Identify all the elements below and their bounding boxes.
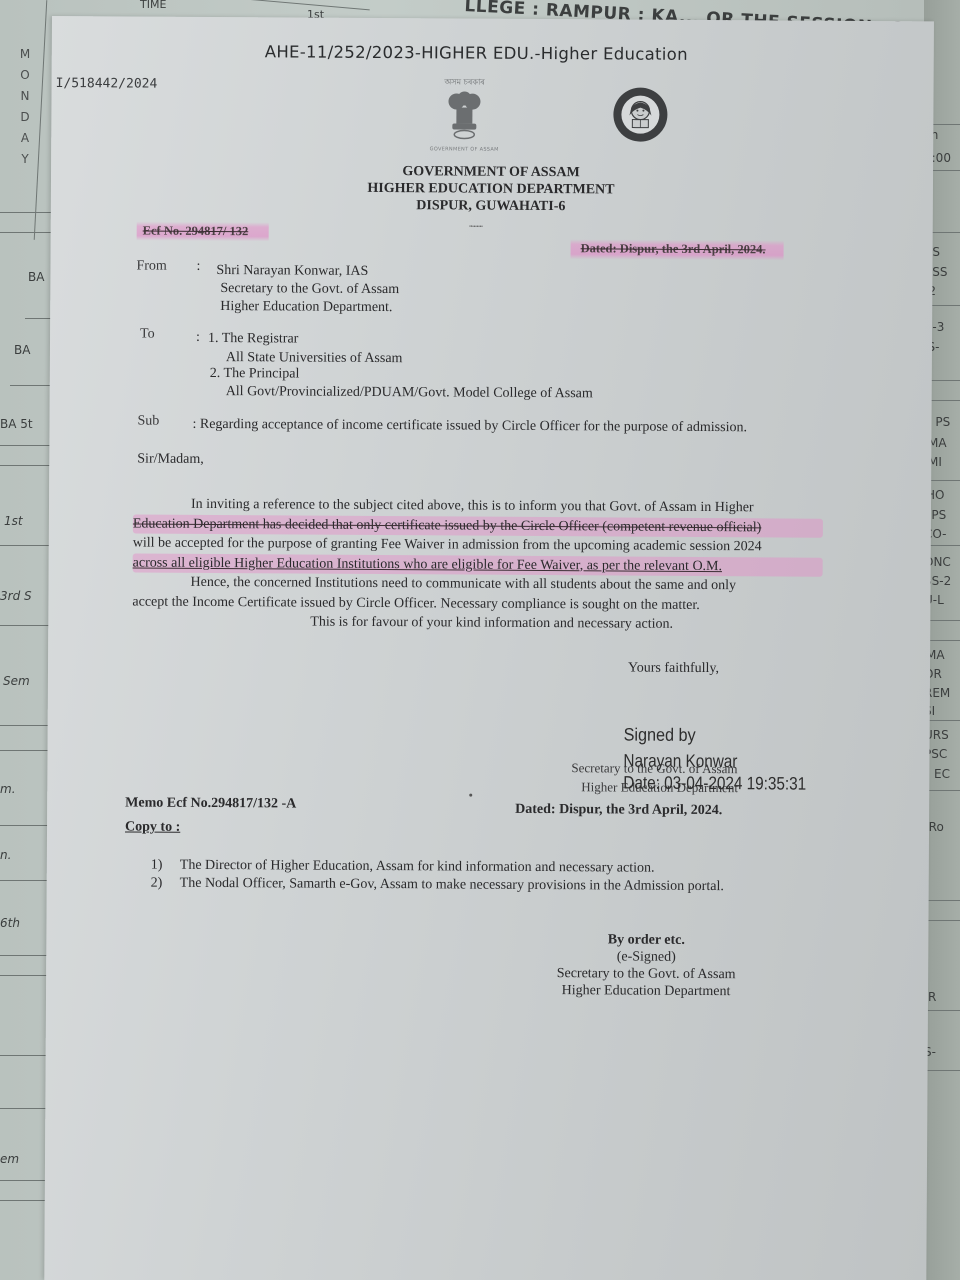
e-signed-text: (e-Signed) <box>516 948 776 967</box>
bg-fragment: BA <box>28 270 44 284</box>
salutation: Sir/Madam, <box>137 451 204 468</box>
subject-label: Sub <box>137 413 159 430</box>
bg-fragment: Sem <box>3 674 30 688</box>
beti-bachao-logo-icon <box>611 85 669 143</box>
bg-rule <box>200 0 369 10</box>
memo-dated: Dated: Dispur, the 3rd April, 2024. <box>515 801 722 819</box>
to-label: To <box>140 326 155 343</box>
copy-item-1: The Director of Higher Education, Assam … <box>180 857 655 877</box>
bg-day-letter: D <box>10 107 40 128</box>
to-item-2: 2. The Principal <box>210 365 300 383</box>
bg-day-letter: N <box>10 86 40 107</box>
bg-day-letter: A <box>10 128 40 149</box>
bg-fragment: m. <box>0 782 16 796</box>
emblem-top-text: অসম চৰকাৰ <box>420 76 510 90</box>
bg-fragment: R <box>928 990 936 1004</box>
bg-rule <box>924 900 960 901</box>
state-emblem-icon <box>444 89 484 141</box>
to-item-2-detail: All Govt/Provincialized/PDUAM/Govt. Mode… <box>226 383 593 402</box>
letter-page: AHE-11/252/2023-HIGHER EDU.-Higher Educa… <box>44 16 934 1280</box>
beti-bachao-logo <box>611 85 669 143</box>
footer-signature: By order etc. (e-Signed) Secretary to th… <box>516 931 776 1001</box>
bg-day-letter: O <box>10 65 40 86</box>
dated-top-highlighted: Dated: Dispur, the 3rd April, 2024. <box>571 239 784 260</box>
body-line: This is for favour of your kind informat… <box>132 612 822 636</box>
by-order-text: By order etc. <box>516 931 776 950</box>
bg-fragment: BA 5t <box>0 417 33 431</box>
file-reference: AHE-11/252/2023-HIGHER EDU.-Higher Educa… <box>265 42 688 64</box>
bg-day-letter: M <box>10 44 40 65</box>
copy-num-1: 1) <box>151 857 163 874</box>
bg-day-letter: Y <box>10 149 40 170</box>
to-item-1: 1. The Registrar <box>208 330 298 348</box>
header-separator: ......... <box>469 219 483 230</box>
memo-number: Memo Ecf No.294817/132 -A <box>125 794 296 812</box>
bg-fragment: BA <box>14 343 30 357</box>
subject-text: : Regarding acceptance of income certifi… <box>192 416 747 436</box>
from-department: Higher Education Department. <box>220 298 392 316</box>
footer-designation: Secretary to the Govt. of Assam <box>516 965 776 984</box>
bg-rule <box>924 920 960 921</box>
signature-date: Date: 03-04-2024 19:35:31 <box>623 773 806 795</box>
from-colon: : <box>196 258 200 275</box>
bg-rule <box>924 1070 960 1071</box>
bg-fragment: 1st <box>4 514 23 528</box>
signer-name: Narayan Konwar <box>623 751 737 773</box>
bg-fragment: em <box>0 1152 19 1166</box>
from-designation: Secretary to the Govt. of Assam <box>220 280 399 298</box>
emblem-bottom-text: GOVERNMENT OF ASSAM <box>419 146 509 153</box>
department-header: GOVERNMENT OF ASSAM HIGHER EDUCATION DEP… <box>281 162 701 216</box>
copy-to-label: Copy to : <box>125 818 180 835</box>
bg-time-label: TIME <box>140 0 166 11</box>
from-label: From <box>136 258 166 275</box>
receipt-number: I/518442/2024 <box>56 76 158 92</box>
digital-signature: Signed by Secretary to the Govt. of Assa… <box>567 724 827 806</box>
bg-fragment: EC <box>934 767 950 781</box>
state-emblem: অসম চৰকাৰ GOVERNMENT OF ASSAM <box>419 76 510 163</box>
copy-num-2: 2) <box>151 875 163 892</box>
signed-by-label: Signed by <box>624 725 696 746</box>
bg-fragment: 6th <box>0 916 20 930</box>
from-name: Shri Narayan Konwar, IAS <box>216 262 368 280</box>
bg-day-label: M O N D A Y <box>10 44 40 170</box>
speck <box>469 794 472 797</box>
ecf-number-highlighted: Ecf No. 294817/ 132 <box>137 222 269 242</box>
bg-fragment: 3rd S <box>0 589 32 603</box>
to-colon: : <box>196 329 200 346</box>
header-line-address: DISPUR, GUWAHATI-6 <box>281 196 701 216</box>
letter-body: In inviting a reference to the subject c… <box>132 495 823 636</box>
copy-item-2: The Nodal Officer, Samarth e-Gov, Assam … <box>180 875 724 895</box>
bg-rule <box>924 790 960 791</box>
bg-fragment: n. <box>0 848 11 862</box>
bg-rule <box>924 1010 960 1011</box>
footer-department: Higher Education Department <box>516 982 776 1001</box>
closing: Yours faithfully, <box>628 660 719 678</box>
